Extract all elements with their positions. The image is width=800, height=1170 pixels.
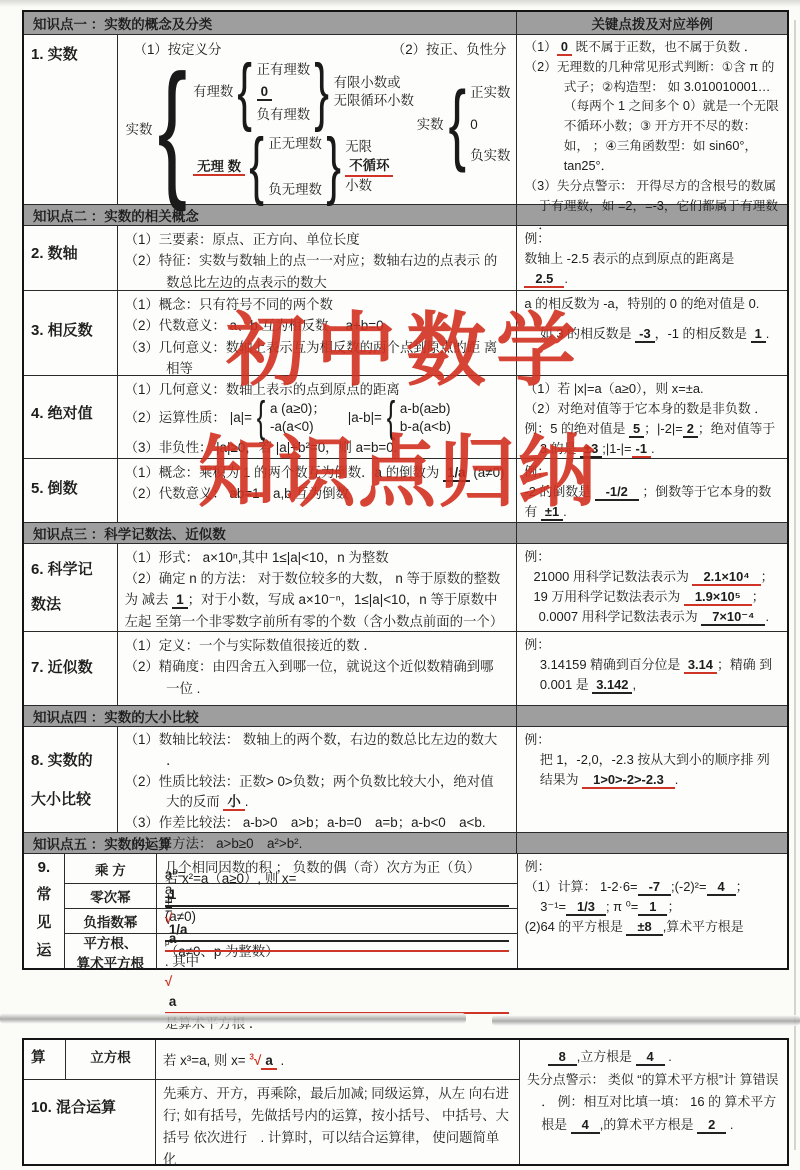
section-bar-2-title: 知识点二 ：实数的相关概念 xyxy=(24,205,516,225)
row2-label: 2. 数轴 xyxy=(24,226,117,290)
example-label: 例： xyxy=(524,547,780,567)
row1-label: 1. 实数 xyxy=(24,35,117,204)
subrow-head: 算术平方根 xyxy=(69,952,152,972)
rational-group: 有理数 { 正有理数 0 负有理数 } 有限小数或 无 xyxy=(193,59,414,125)
section-bar-4-right xyxy=(516,706,787,726)
brace-icon: { xyxy=(249,133,264,201)
key-point: （2）无理数的几种常见形式判断：①含 π 的式子；②构造型： 如 3.01001… xyxy=(524,58,780,177)
t2-cont-label: 算 xyxy=(24,1040,65,1079)
row4-label: 4. 绝对值 xyxy=(24,376,117,458)
row6-label: 6. 科学记 数法 xyxy=(24,544,117,631)
irrational-items: 正无理数 负无理数 xyxy=(268,133,322,200)
example-line: 21000 用科学记数法表示为 2.1×10⁴； xyxy=(524,567,780,587)
content-line: （1）形式： a×10ⁿ,其中 1≤|a|<10，n 为整数 xyxy=(125,547,510,568)
section-bar-5-right xyxy=(516,833,787,853)
example-line: 3.14159 精确到百分位是 3.14；精确 到 0.001 是 3.142, xyxy=(524,655,780,695)
example-line: 数轴上 -2.5 表示的点到原点的距离是 2.5. xyxy=(524,249,780,289)
section-bar-4-title: 知识点四 ：实数的大小比较 xyxy=(24,706,516,726)
tree-item: 0 xyxy=(257,81,311,102)
example-line: 8,立方根是 4 . xyxy=(527,1046,780,1069)
irrational-group: 无理 数 { 正无理数 负无理数 } 无限 不循环 小数 xyxy=(193,133,414,200)
row7-key-points: 例： 3.14159 精确到百分位是 3.14；精确 到 0.001 是 3.1… xyxy=(516,632,787,705)
continuation-table: 算 立方根 若 x³=a, 则 x= 3√a . 10. 混合运算 先乘方、开方… xyxy=(22,1038,789,1166)
section-bar-2: 知识点二 ：实数的相关概念 xyxy=(24,204,787,225)
tree2-items: 正实数 0 负实数 xyxy=(470,82,510,166)
section-bar-5-title: 知识点五 ：实数的运算 xyxy=(24,833,516,853)
row6-content: （1）形式： a×10ⁿ,其中 1≤|a|<10，n 为整数 （2）确定 n 的… xyxy=(117,544,517,631)
rational-items: 正有理数 0 负有理数 xyxy=(257,59,311,125)
example-label: 例： xyxy=(524,229,780,249)
row8-content: （1）数轴比较法： 数轴上的两个数，右边的数总比左边的数大 ． （2）性质比较法… xyxy=(117,727,517,832)
row9-number: 9. xyxy=(38,859,51,876)
content-line: （1）定义：一个与实际数值很接近的数 ． xyxy=(125,635,510,656)
tree1-root: 实数 xyxy=(126,119,153,140)
tree-by-sign: 实数 { 正实数 0 负实数 xyxy=(417,82,511,166)
row10-content: 先乘方、开方，再乘除，最后加减; 同级运算，从左 向右进行; 如有括号，先做括号… xyxy=(155,1080,519,1164)
t2-left: 算 立方根 若 x³=a, 则 x= 3√a . 10. 混合运算 先乘方、开方… xyxy=(24,1040,519,1164)
tree-item: 正有理数 xyxy=(257,59,311,80)
content-line: （2）确定 n 的方法： 对于数位较多的大数， n 等于原数的整数为 减去 1；… xyxy=(125,568,510,632)
tree2-root: 实数 xyxy=(417,114,444,135)
section-bar-3-right xyxy=(516,523,787,543)
irrational-note: 无限 不循环 小数 xyxy=(345,138,393,194)
brace-icon: { xyxy=(448,84,466,165)
example-line: 0.0007 用科学记数法表示为 7×10⁻⁴. xyxy=(524,607,780,627)
rational-note: 有限小数或 无限循环小数 xyxy=(334,74,414,110)
row1-content: （1）按定义分 （2）按正、负性分 实数 { 有理数 { 正有理数 xyxy=(117,35,517,204)
row2-key-points: 例： 数轴上 -2.5 表示的点到原点的距离是 2.5. xyxy=(516,226,787,290)
watermark-line1: 初中数学 xyxy=(226,286,586,401)
tree-item: 负实数 xyxy=(470,145,510,166)
rational-label: 有理数 xyxy=(193,81,233,102)
example-line: 3⁻¹=1/3; π ⁰=1； xyxy=(525,897,780,917)
content-line: （3）作差比较法： a-b>0 a>b；a-b=0 a=b；a-b<0 a<b. xyxy=(125,813,510,834)
row-cube-root: 算 立方根 若 x³=a, 则 x= 3√a . xyxy=(24,1040,519,1079)
t2-layout: 算 立方根 若 x³=a, 则 x= 3√a . 10. 混合运算 先乘方、开方… xyxy=(24,1040,787,1164)
section-bar-3-title: 知识点三 ：科学记数法、近似数 xyxy=(24,523,516,543)
row1-key-points: （1）0 既不属于正数，也不属于负数 ． （2）无理数的几种常见形式判断：①含 … xyxy=(516,35,787,204)
row8-label: 8. 实数的 大小比较 xyxy=(24,727,117,832)
rational-note-line2: 无限循环小数 xyxy=(334,92,414,110)
row-number-axis: 2. 数轴 （1）三要素：原点、正方向、单位长度 （2）特征：实数与数轴上的点一… xyxy=(24,225,787,290)
example-label: 例： xyxy=(524,635,780,655)
page-break-shadow xyxy=(0,1013,466,1024)
subrow-head: 乘 方 xyxy=(69,859,152,879)
example-line: 把 1，-2,0，-2.3 按从大到小的顺序排 列结果为 1>0>-2>-2.3… xyxy=(524,750,780,790)
cube-root-content: 若 x³=a, 则 x= 3√a . xyxy=(155,1040,519,1079)
row-approximate-number: 7. 近似数 （1）定义：一个与实际数值很接近的数 ． （2）精确度：由四舍五入… xyxy=(24,631,787,705)
row10-label: 10. 混合运算 xyxy=(24,1080,155,1164)
row8-label-line2: 大小比较 xyxy=(31,788,110,809)
row-real-numbers: 1. 实数 （1）按定义分 （2）按正、负性分 实数 { 有理数 { xyxy=(24,34,787,204)
content-line: （1）数轴比较法： 数轴上的两个数，右边的数总比左边的数大 ． xyxy=(125,730,510,772)
page-break-shadow xyxy=(492,1015,800,1026)
row6-label-line2: 数法 xyxy=(31,593,110,614)
brace-icon: { xyxy=(158,62,188,198)
example-line: 19 万用科学记数法表示为 1.9×10⁵； xyxy=(524,587,780,607)
content-line: （2）精确度：由四舍五入到哪一位，就说这个近似数精确到哪 一位 . xyxy=(125,656,510,699)
page-top-shadow xyxy=(0,0,800,7)
row-comparing-real-numbers: 8. 实数的 大小比较 （1）数轴比较法： 数轴上的两个数，右边的数总比左边的数… xyxy=(24,726,787,832)
row7-content: （1）定义：一个与实际数值很接近的数 ． （2）精确度：由四舍五入到哪一位，就说… xyxy=(117,632,517,705)
key-points-header: 关键点拨及对应举例 xyxy=(516,12,787,34)
tree-item: 负有理数 xyxy=(257,104,311,125)
row9-vchar: 常 xyxy=(36,883,51,904)
row9-subtable: 乘 方 几个相同因数的积 ； 负数的偶（奇）次方为正（负） 零次幂 a⁰=1(a… xyxy=(64,854,517,968)
tree-item: 0 xyxy=(470,114,510,135)
page-right-edge xyxy=(794,20,796,1150)
row-mixed-operations: 10. 混合运算 先乘方、开方，再乘除，最后加减; 同级运算，从左 向右进行; … xyxy=(24,1079,519,1164)
row9-vchar: 见 xyxy=(36,911,51,932)
row9-vchar: 运 xyxy=(36,939,51,960)
watermark-line2: 知识点归纳 xyxy=(198,410,598,522)
content-line: （1）三要素：原点、正方向、单位长度 xyxy=(125,229,510,250)
tree-by-definition: 实数 { 有理数 { 正有理数 0 负有理数 } xyxy=(126,59,414,200)
brace-icon: } xyxy=(314,58,329,126)
tree-item: 正无理数 xyxy=(268,133,322,154)
tree-item: 正实数 xyxy=(470,82,510,103)
row6-key-points: 例： 21000 用科学记数法表示为 2.1×10⁴； 19 万用科学记数法表示… xyxy=(516,544,787,631)
rational-note-line1: 有限小数或 xyxy=(334,74,414,92)
subrow-head: 零次幂 xyxy=(69,886,152,906)
cube-root-head: 立方根 xyxy=(65,1040,155,1079)
section-bar-4: 知识点四 ：实数的大小比较 xyxy=(24,705,787,726)
irrational-label: 无理 数 xyxy=(193,156,245,177)
real-number-trees: 实数 { 有理数 { 正有理数 0 负有理数 } xyxy=(122,60,513,198)
section-bar-5: 知识点五 ：实数的运算 xyxy=(24,832,787,853)
row9-key-points: 例： （1）计算： 1-2·6=-7;(-2)²=4； 3⁻¹=1/3; π ⁰… xyxy=(517,854,787,968)
tree1-groups: 有理数 { 正有理数 0 负有理数 } 有限小数或 无 xyxy=(193,59,414,200)
example-line: （1）计算： 1-2·6=-7;(-2)²=4； xyxy=(525,877,780,897)
brace-icon: } xyxy=(326,133,341,201)
section-bar-2-right xyxy=(516,205,787,225)
section-bar-1-title: 知识点一 ：实数的概念及分类 xyxy=(24,12,516,34)
row8-key-points: 例： 把 1，-2,0，-2.3 按从大到小的顺序排 列结果为 1>0>-2>-… xyxy=(516,727,787,832)
subrow-head: 平方根、 xyxy=(69,932,152,952)
row5-label: 5. 倒数 xyxy=(24,459,117,522)
subrow-content: 若 x²=a（a≥0）, 则 x=±√a. 其中 √a 是算术平方根 ． xyxy=(156,934,517,969)
example-label: 例： xyxy=(525,857,780,877)
key-point: 失分点警示： 类似 “的算术平方根”计 算错误 ． 例：相互对比填一填： 16 … xyxy=(527,1069,780,1137)
example-line: (2)64 的平方根是 ±8,算术平方根是 xyxy=(525,917,780,937)
page: 知识点一 ：实数的概念及分类 关键点拨及对应举例 1. 实数 （1）按定义分 （… xyxy=(0,0,800,1170)
row7-label: 7. 近似数 xyxy=(24,632,117,705)
t2-key-points: 8,立方根是 4 . 失分点警示： 类似 “的算术平方根”计 算错误 ． 例：相… xyxy=(519,1040,787,1164)
key-point: （1）0 既不属于正数，也不属于负数 ． xyxy=(524,38,780,58)
row2-content: （1）三要素：原点、正方向、单位长度 （2）特征：实数与数轴上的点一一对应；数轴… xyxy=(117,226,517,290)
tree-item: 负无理数 xyxy=(268,179,322,200)
example-label: 例： xyxy=(524,730,780,750)
section-bar-1: 知识点一 ：实数的概念及分类 关键点拨及对应举例 xyxy=(24,12,787,34)
subrow-head: 负指数幂 xyxy=(69,911,152,931)
brace-icon: { xyxy=(238,58,253,126)
row6-label-line1: 6. 科学记 xyxy=(31,558,110,579)
row-common-operations: 9. 常 见 运 乘 方 几个相同因数的积 ； 负数的偶（奇）次方为正（负） 零… xyxy=(24,853,787,968)
row8-label-line1: 8. 实数的 xyxy=(31,749,110,770)
row-scientific-notation: 6. 科学记 数法 （1）形式： a×10ⁿ,其中 1≤|a|<10，n 为整数… xyxy=(24,543,787,631)
row3-label: 3. 相反数 xyxy=(24,291,117,375)
content-line: （2）性质比较法：正数> 0>负数；两个负数比较大小，绝对值 大的反而 小. xyxy=(125,772,510,814)
subrow-square-root: 平方根、 算术平方根 若 x²=a（a≥0）, 则 x=±√a. 其中 √a 是… xyxy=(65,933,517,969)
row9-label: 9. 常 见 运 xyxy=(24,854,64,968)
by-sign-caption: （2）按正、负性分 xyxy=(392,39,507,60)
section-bar-3: 知识点三 ：科学记数法、近似数 xyxy=(24,522,787,543)
